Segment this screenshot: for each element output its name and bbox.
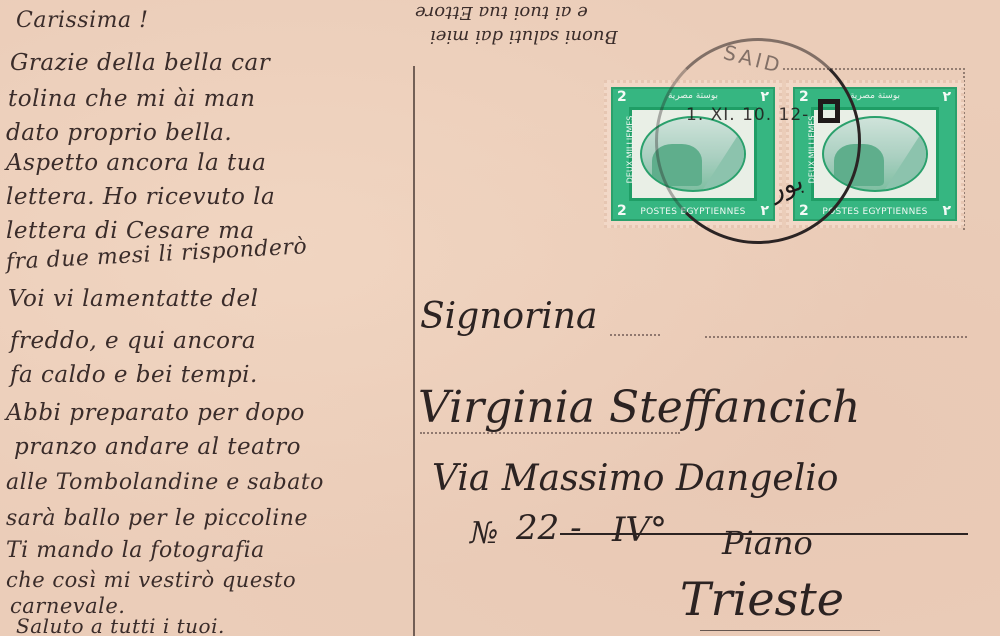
- stamp-arabic-header: بوستة مصرية: [643, 91, 743, 101]
- address-number-prefix: №: [470, 516, 498, 551]
- message-line: lettera. Ho ricevuto la: [6, 184, 275, 210]
- message-line: Voi vi lamentatte del: [8, 286, 259, 312]
- message-line: pranzo andare al teatro: [14, 434, 301, 460]
- stamp-denomination: DEUX MILLIEMES: [626, 95, 635, 205]
- sphinx-pyramid-vignette: [640, 116, 746, 192]
- stamp-value: 2: [617, 203, 627, 219]
- address-salutation: Signorina: [420, 296, 597, 337]
- stamp-value-arabic: ٢: [760, 89, 769, 105]
- message-line: Abbi preparato per dopo: [6, 400, 305, 426]
- stamp-value-arabic: ٢: [760, 203, 769, 219]
- postcard-back: e ai tuoi tua Ettore Buoni saluti dai mi…: [0, 0, 1000, 636]
- sphinx-pyramid-vignette: [822, 116, 928, 192]
- pyramid-icon: [882, 132, 928, 192]
- message-line: Carissima !: [16, 8, 148, 33]
- address-city: Trieste: [680, 572, 844, 626]
- stamp-denomination: DEUX MILLIEMES: [808, 95, 817, 205]
- address-street: Via Massimo Dangelio: [432, 458, 838, 499]
- message-line: Saluto a tutti i tuoi.: [16, 614, 225, 636]
- address-name: Virginia Steffancich: [418, 382, 860, 433]
- city-underline: [700, 630, 880, 631]
- message-line: Aspetto ancora la tua: [6, 150, 266, 176]
- postage-stamp-2: 2 2 ٢ ٢ بوستة مصرية DEUX MILLIEMES POSTE…: [786, 80, 964, 228]
- upside-down-note-line-1: e ai tuoi tua Ettore: [415, 2, 588, 23]
- stamp-arabic-header: بوستة مصرية: [825, 91, 925, 101]
- stamp-country: POSTES EGYPTIENNES: [817, 207, 933, 217]
- card-divider-line: [413, 66, 415, 636]
- message-line: fa caldo e bei tempi.: [10, 362, 258, 388]
- sphinx-icon: [834, 144, 884, 186]
- address-floor-struck: IV°: [612, 510, 667, 550]
- message-line: Ti mando la fotografia: [6, 538, 265, 563]
- address-floor-word: Piano: [722, 524, 813, 562]
- address-dotted-line: [420, 432, 680, 434]
- stamp-value-arabic: ٢: [942, 203, 951, 219]
- pyramid-icon: [700, 132, 746, 192]
- message-line: freddo, e qui ancora: [10, 328, 256, 354]
- message-line: tolina che mi ài man: [8, 86, 255, 112]
- stamp-value-arabic: ٢: [942, 89, 951, 105]
- address-strikethrough-line: [560, 533, 968, 535]
- message-line: che così mi vestirò questo: [6, 568, 296, 592]
- stamp-value: 2: [799, 203, 809, 219]
- message-line: sarà ballo per le piccoline: [6, 506, 308, 531]
- postmark-town: SAID: [721, 40, 785, 78]
- message-line: Grazie della bella car: [10, 50, 270, 76]
- upside-down-note-line-2: Buoni saluti dai miei: [430, 26, 618, 47]
- stamp-country: POSTES EGYPTIENNES: [635, 207, 751, 217]
- sphinx-icon: [652, 144, 702, 186]
- address-number: 22 -: [516, 508, 582, 548]
- address-dotted-line: [705, 336, 967, 338]
- postage-stamp-1: 2 2 ٢ ٢ بوستة مصرية DEUX MILLIEMES POSTE…: [604, 80, 782, 228]
- message-line: alle Tombolandine e sabato: [6, 470, 324, 495]
- message-line: dato proprio bella.: [6, 120, 232, 146]
- address-dotted-line: [610, 334, 660, 336]
